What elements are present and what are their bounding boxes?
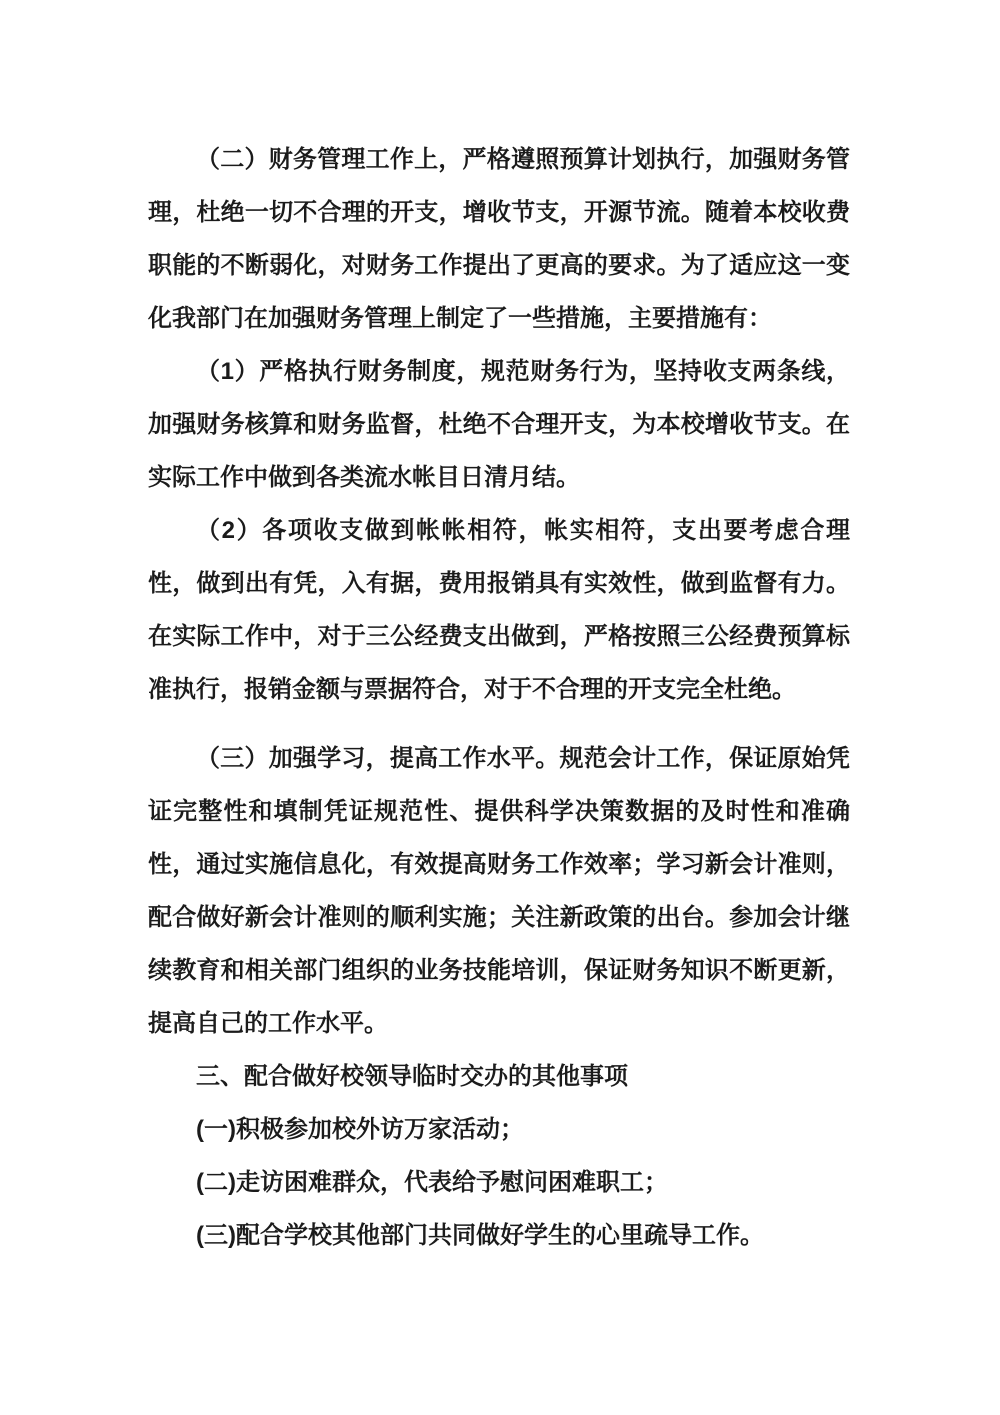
document-body: （二）财务管理工作上，严格遵照预算计划执行，加强财务管理，杜绝一切不合理的开支，… (148, 133, 850, 1262)
item-comfort-workers: (二)走访困难群众，代表给予慰问困难职工； (148, 1156, 850, 1209)
para-measure-1: （1）严格执行财务制度，规范财务行为，坚持收支两条线，加强财务核算和财务监督，杜… (148, 345, 850, 504)
item-visit-activity: (一)积极参加校外访万家活动； (148, 1103, 850, 1156)
para-measure-2: （2）各项收支做到帐帐相符，帐实相符，支出要考虑合理性，做到出有凭，入有据，费用… (148, 504, 850, 716)
para-strengthen-learning: （三）加强学习，提高工作水平。规范会计工作，保证原始凭证完整性和填制凭证规范性、… (148, 732, 850, 1050)
item-student-counseling: (三)配合学校其他部门共同做好学生的心里疏导工作。 (148, 1209, 850, 1262)
document-page: （二）财务管理工作上，严格遵照预算计划执行，加强财务管理，杜绝一切不合理的开支，… (0, 0, 1000, 1415)
para-finance-management: （二）财务管理工作上，严格遵照预算计划执行，加强财务管理，杜绝一切不合理的开支，… (148, 133, 850, 345)
heading-section-three: 三、配合做好校领导临时交办的其他事项 (148, 1050, 850, 1103)
